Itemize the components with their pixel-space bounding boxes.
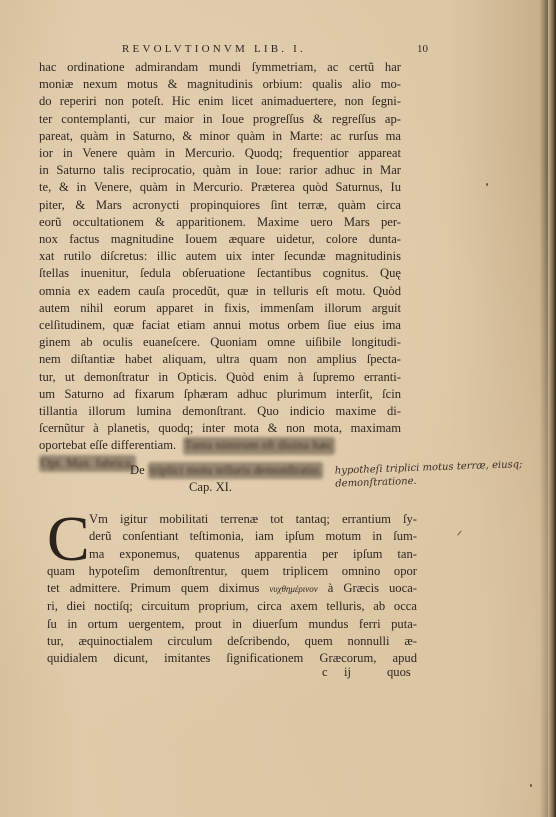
text-line: eorũ occultationem & apparitionem. Maxim…	[39, 214, 401, 231]
line-text: à Græcis uoca-	[328, 581, 417, 595]
text-line: um Saturno ad fixarum ſphæram adhuc plur…	[39, 386, 401, 403]
title-prefix: De	[130, 463, 145, 477]
text-line: derũ conſentiant teſtimonia, iam ipſum m…	[47, 528, 417, 545]
text-line: ſu in ortum uergentem, prout in diuerſum…	[47, 616, 417, 633]
censored-title: triplici motu telluris demonſtratio.	[148, 462, 323, 479]
page-edge	[548, 0, 556, 817]
text-line: oportebat eſſe differentiam. Tanta nimir…	[39, 437, 401, 454]
text-line: piter, & Mars acronycti propinquiores ſi…	[39, 197, 401, 214]
text-line: ter contemplanti, cur maior in Ioue prog…	[39, 111, 401, 128]
text-line: pareat, quàm in Saturno, & minor quàm in…	[39, 128, 401, 145]
signature-mark: c	[322, 665, 328, 680]
chapter-heading: De triplici motu telluris demonſtratio. …	[110, 462, 350, 496]
text-line: quidialem dicunt, imitantes ſignificatio…	[47, 650, 417, 667]
text-line: do reperiri non poteſt. Hic enim licet a…	[39, 93, 401, 110]
text-line: in Saturno talis reciprocatio, quàm in I…	[39, 162, 401, 179]
text-line: Vm igitur mobilitati terrenæ tot tantaq;…	[47, 511, 417, 528]
text-line: ior in Venere quàm in Mercurio. Quodq; f…	[39, 145, 401, 162]
folio-number: 10	[417, 43, 428, 55]
body-text: hac ordinatione admirandam mundi ſymmetr…	[39, 59, 401, 472]
text-line: autem nihil eorum apparet in fixis, imme…	[39, 300, 401, 317]
line-text: oportebat eſſe differentiam.	[39, 438, 176, 452]
paper-speck	[457, 530, 462, 535]
text-line: xat rutilo diſcretus: illic autem uix in…	[39, 248, 401, 265]
paper-speck	[486, 183, 488, 186]
text-line: ri, diei noctiſq; circuitum proprium, ci…	[47, 598, 417, 615]
text-line: ginem ab oculis euaneſcere. Quoniam omne…	[39, 334, 401, 351]
text-line: ſcernũtur à planetis, quodq; inter mota …	[39, 420, 401, 437]
text-line: omnia ex eadem cauſa procedũt, quæ in te…	[39, 283, 401, 300]
text-line: tur, ut demonſtratur in Opticis. Quòd en…	[39, 369, 401, 386]
text-line: tillantia illorum lumina demonſtrant. Qu…	[39, 403, 401, 420]
chapter-number: Cap. XI.	[110, 479, 350, 496]
catchword: quos	[387, 665, 411, 680]
text-line: hac ordinatione admirandam mundi ſymmetr…	[39, 59, 401, 76]
text-line: moniæ nexum motus & magnitudinis orbium:…	[39, 76, 401, 93]
paper-speck	[530, 784, 532, 787]
text-line: nox factus magnitudine Iouem æquare uide…	[39, 231, 401, 248]
signature-number: ij	[344, 665, 351, 680]
running-head: REVOLVTIONVM LIB. I.	[122, 43, 306, 55]
text-line: nem diſtantiæ habet aliquam, ultra quam …	[39, 351, 401, 368]
text-line: te, & in Venere, quàm in Mercurio. Præte…	[39, 179, 401, 196]
text-line: ma exponemus, quatenus apparentia per ip…	[47, 546, 417, 563]
text-line: quam hypoteſim demonſtrentur, quem tripl…	[47, 563, 417, 580]
censored-text: Tanta nimirum eſt diuina hæc	[183, 437, 335, 454]
drop-cap: C	[47, 511, 90, 567]
text-line: celſitudinem, quæ faciat etiam annui mot…	[39, 317, 401, 334]
text-line: ſtellas inuenitur, ſedula obſeruatione ſ…	[39, 265, 401, 282]
chapter-title: De triplici motu telluris demonſtratio.	[110, 462, 350, 479]
text-line: tet admittere. Primum quem diximus νυχθη…	[47, 580, 417, 598]
greek-word: νυχθημέρινον	[269, 584, 317, 594]
chapter-text: C Vm igitur mobilitati terrenæ tot tanta…	[47, 511, 417, 668]
line-text: tet admittere. Primum quem diximus	[47, 581, 259, 595]
book-page: REVOLVTIONVM LIB. I. 10 hac ordinatione …	[0, 0, 556, 817]
text-line: tur, æquinoctialem circulum deſcribendo,…	[47, 633, 417, 650]
